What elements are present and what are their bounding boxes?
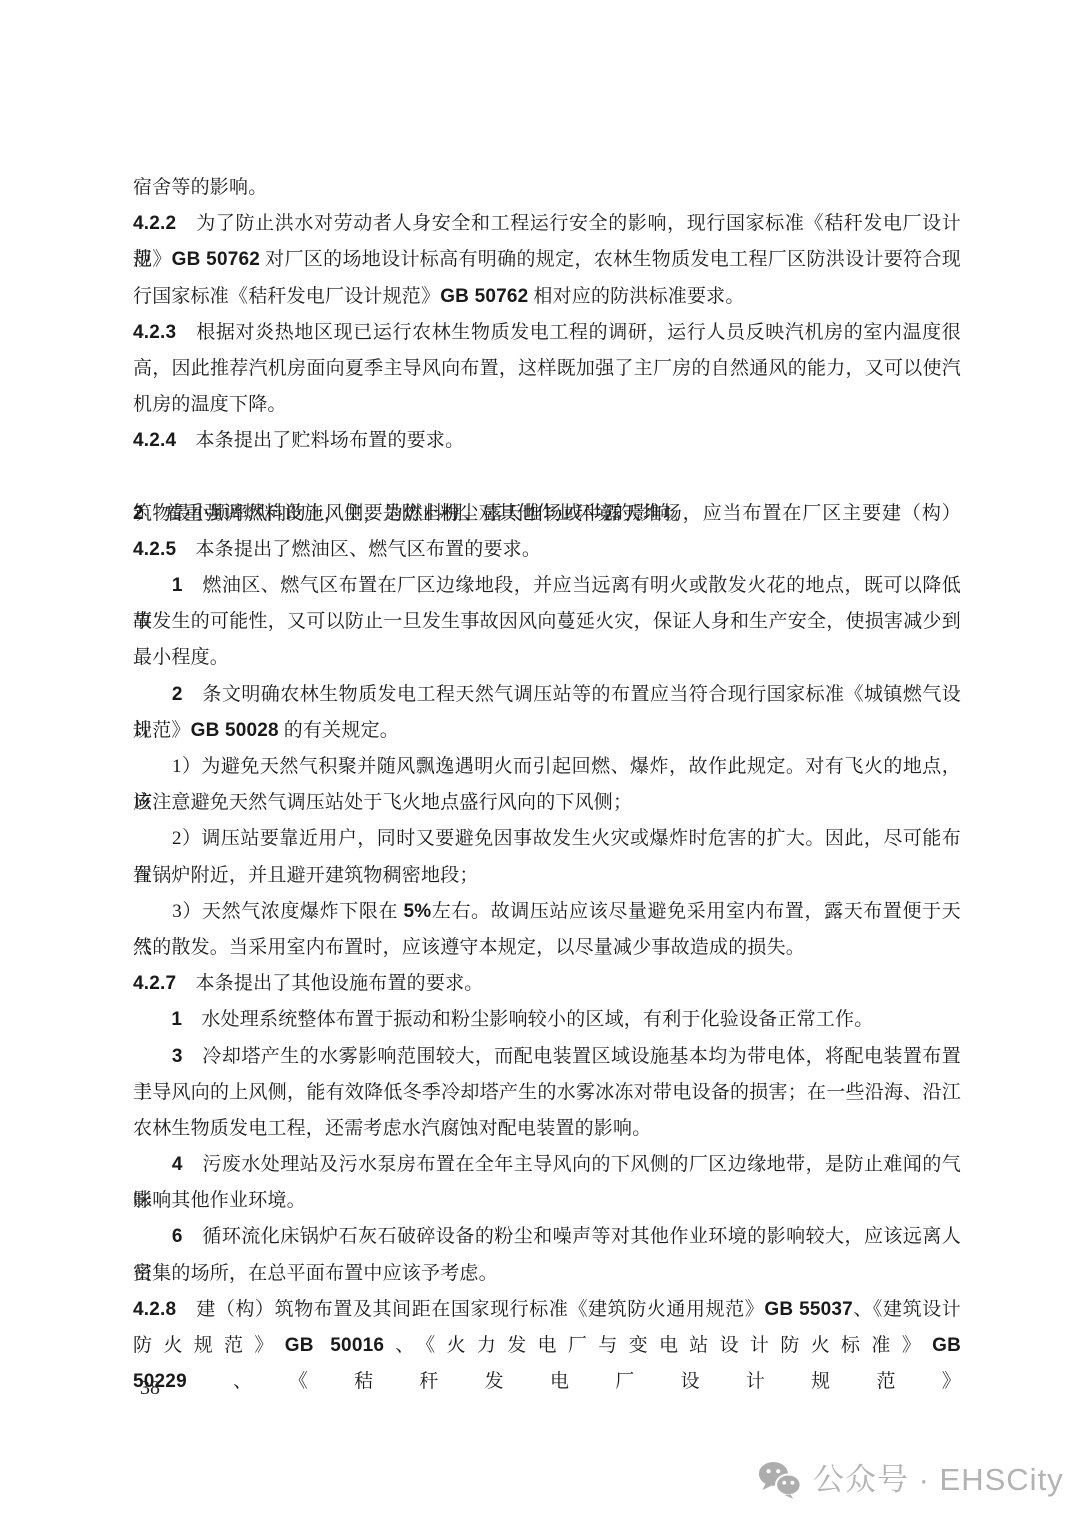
text-line: 1 燃油区、燃气区布置在厂区边缘地段，并应当远离有明火或散发火花的地点，既可以降… bbox=[133, 568, 961, 604]
bold-reference: 4.2.7 bbox=[133, 973, 176, 994]
text-line: 3 冷却塔产生的水雾影响范围较大，而配电装置区域设施基本均为带电体，将配电装置布… bbox=[133, 1039, 961, 1075]
bold-reference: 3 bbox=[172, 1046, 183, 1067]
text-line: 4.2.7 本条提出了其他设施布置的要求。 bbox=[133, 966, 961, 1002]
bold-reference: 5% bbox=[403, 901, 431, 922]
body-text: 相对应的防洪标准要求。 bbox=[528, 286, 744, 307]
body-text: 宿舍等的影响。 bbox=[133, 177, 267, 198]
text-line: 密集的场所，在总平面布置中应该予考虑。 bbox=[133, 1256, 961, 1292]
body-text bbox=[133, 1154, 172, 1175]
bold-reference: GB 50762 bbox=[440, 286, 528, 307]
text-line: 4.2.4 本条提出了贮料场布置的要求。 bbox=[133, 423, 961, 459]
document-page: { "page": { "number": "38", "text_color"… bbox=[0, 0, 1080, 1527]
text-line: 4.2.8 建（构）筑物布置及其间距在国家现行标准《建筑防火通用规范》GB 55… bbox=[133, 1292, 961, 1328]
body-text bbox=[133, 1046, 172, 1067]
bold-reference: GB 50028 bbox=[191, 720, 279, 741]
body-text: 该注意避免天然气调压站处于飞火地点盛行风向的下风侧； bbox=[133, 792, 632, 813]
text-line: 2）调压站要靠近用户，同时又要避免因事故发生火灾或爆炸时危害的扩大。因此，尽可能… bbox=[133, 821, 961, 857]
text-line: 最小程度。 bbox=[133, 640, 961, 676]
bold-reference: 4.2.4 bbox=[133, 430, 176, 451]
body-text: 水处理系统整体布置于振动和粉尘影响较小的区域，有利于化验设备正常工作。 bbox=[182, 1009, 873, 1030]
text-line: 规范》GB 50028 的有关规定。 bbox=[133, 713, 961, 749]
wechat-icon bbox=[758, 1461, 802, 1499]
bold-reference: 6 bbox=[172, 1226, 183, 1247]
text-line: 影响其他作业环境。 bbox=[133, 1183, 961, 1219]
page-number: 38 bbox=[140, 1375, 160, 1401]
body-text: 主导风向的上风侧，能有效降低冬季冷却塔产生的水雾冰冻对带电设备的损害；在一些沿海… bbox=[133, 1082, 961, 1103]
body-text: 范》 bbox=[133, 249, 172, 270]
body-text: 、《火力发电厂与变电站设计防火标准》 bbox=[384, 1335, 932, 1356]
text-line: 行国家标准《秸秆发电厂设计规范》GB 50762 相对应的防洪标准要求。 bbox=[133, 279, 961, 315]
body-text: 影响其他作业环境。 bbox=[133, 1190, 306, 1211]
body-text: 农林生物质发电工程，还需考虑水汽腐蚀对配电装置的影响。 bbox=[133, 1118, 651, 1139]
text-line: 1）为避免天然气积聚并随风飘逸遇明火而引起回燃、爆炸，故作此规定。对有飞火的地点… bbox=[133, 749, 961, 785]
bold-reference: 4.2.3 bbox=[133, 322, 176, 343]
document-text-block: 宿舍等的影响。4.2.2 为了防止洪水对劳动者人身安全和工程运行安全的影响，现行… bbox=[133, 170, 961, 1364]
text-line: 2 着重强调燃料设施，主要为燃料棚、露天堆场或半露天堆场，应当布置在厂区主要建（… bbox=[133, 460, 961, 496]
bold-reference: 4.2.2 bbox=[133, 213, 176, 234]
watermark-label: 公众号 · EHSCity bbox=[813, 1458, 1064, 1502]
text-line: 农林生物质发电工程，还需考虑水汽腐蚀对配电装置的影响。 bbox=[133, 1111, 961, 1147]
text-line: 气的散发。当采用室内布置时，应该遵守本规定，以尽量减少事故造成的损失。 bbox=[133, 930, 961, 966]
bold-reference: GB 50762 bbox=[172, 249, 260, 270]
text-line: 4.2.2 为了防止洪水对劳动者人身安全和工程运行安全的影响，现行国家标准《秸秆… bbox=[133, 206, 961, 242]
body-text: 根据对炎热地区现已运行农林生物质发电工程的调研，运行人员反映汽机房的室内温度很 bbox=[176, 322, 961, 343]
text-line: 故发生的可能性，又可以防止一旦发生事故因风向蔓延火灾，保证人身和生产安全，使损害… bbox=[133, 604, 961, 640]
text-line: 防火规范》GB 50016、《火力发电厂与变电站设计防火标准》GB 50229、… bbox=[133, 1328, 961, 1364]
text-line: 1 水处理系统整体布置于振动和粉尘影响较小的区域，有利于化验设备正常工作。 bbox=[133, 1002, 961, 1038]
text-line: 该注意避免天然气调压站处于飞火地点盛行风向的下风侧； bbox=[133, 785, 961, 821]
body-text: 高，因此推荐汽机房面向夏季主导风向布置，这样既加强了主厂房的自然通风的能力，又可… bbox=[133, 358, 961, 379]
body-text: 本条提出了燃油区、燃气区布置的要求。 bbox=[176, 539, 541, 560]
bold-reference: GB 50016 bbox=[285, 1335, 384, 1356]
text-line: 4.2.5 本条提出了燃油区、燃气区布置的要求。 bbox=[133, 532, 961, 568]
body-text: 在锅炉附近，并且避开建筑物稠密地段； bbox=[133, 865, 479, 886]
body-text: 、《秸秆发电厂设计规范》 bbox=[187, 1371, 961, 1392]
body-text: 故发生的可能性，又可以防止一旦发生事故因风向蔓延火灾，保证人身和生产安全，使损害… bbox=[133, 611, 961, 632]
body-text bbox=[133, 1226, 172, 1247]
text-line: 在锅炉附近，并且避开建筑物稠密地段； bbox=[133, 858, 961, 894]
text-line: 主导风向的上风侧，能有效降低冬季冷却塔产生的水雾冰冻对带电设备的损害；在一些沿海… bbox=[133, 1075, 961, 1111]
text-line: 6 循环流化床锅炉石灰石破碎设备的粉尘和噪声等对其他作业环境的影响较大，应该远离… bbox=[133, 1219, 961, 1255]
body-text: 本条提出了其他设施布置的要求。 bbox=[176, 973, 483, 994]
body-text: 建（构）筑物布置及其间距在国家现行标准《建筑防火通用规范》 bbox=[176, 1299, 764, 1320]
body-text: 对厂区的场地设计标高有明确的规定，农林生物质发电工程厂区防洪设计要符合现 bbox=[260, 249, 961, 270]
bold-reference: 1 bbox=[171, 1009, 182, 1030]
bold-reference: 4 bbox=[172, 1154, 183, 1175]
text-line: 机房的温度下降。 bbox=[133, 387, 961, 423]
bold-reference: 4.2.8 bbox=[133, 1299, 176, 1320]
text-line: 2 条文明确农林生物质发电工程天然气调压站等的布置应当符合现行国家标准《城镇燃气… bbox=[133, 677, 961, 713]
bold-reference: 1 bbox=[172, 575, 183, 596]
body-text: 规范》 bbox=[133, 720, 191, 741]
text-line: 宿舍等的影响。 bbox=[133, 170, 961, 206]
body-text: 3）天然气浓度爆炸下限在 bbox=[133, 901, 403, 922]
body-text: 最小程度。 bbox=[133, 647, 229, 668]
text-line: 高，因此推荐汽机房面向夏季主导风向布置，这样既加强了主厂房的自然通风的能力，又可… bbox=[133, 351, 961, 387]
body-text: 本条提出了贮料场布置的要求。 bbox=[176, 430, 464, 451]
bold-reference: 2 bbox=[172, 684, 183, 705]
text-line: 范》GB 50762 对厂区的场地设计标高有明确的规定，农林生物质发电工程厂区防… bbox=[133, 242, 961, 278]
body-text: 机房的温度下降。 bbox=[133, 394, 287, 415]
page-background: 宿舍等的影响。4.2.2 为了防止洪水对劳动者人身安全和工程运行安全的影响，现行… bbox=[0, 0, 1080, 1527]
body-text bbox=[133, 684, 172, 705]
footer-watermark: 公众号 · EHSCity bbox=[758, 1458, 1064, 1502]
bold-reference: GB 55037 bbox=[764, 1299, 853, 1320]
body-text: 筑物最小频率风向的上风侧，是防止粉尘对其他作业环境的影响。 bbox=[133, 503, 690, 524]
body-text: 行国家标准《秸秆发电厂设计规范》 bbox=[133, 286, 440, 307]
text-line: 3）天然气浓度爆炸下限在 5%左右。故调压站应该尽量避免采用室内布置，露天布置便… bbox=[133, 894, 961, 930]
body-text bbox=[133, 575, 172, 596]
body-text: 防火规范》 bbox=[133, 1335, 285, 1356]
text-line: 4 污废水处理站及污水泵房布置在全年主导风向的下风侧的厂区边缘地带，是防止难闻的… bbox=[133, 1147, 961, 1183]
body-text: 密集的场所，在总平面布置中应该予考虑。 bbox=[133, 1263, 498, 1284]
body-text: 的有关规定。 bbox=[279, 720, 399, 741]
bold-reference: 4.2.5 bbox=[133, 539, 176, 560]
body-text: 、《建筑设计 bbox=[853, 1299, 961, 1320]
body-text bbox=[133, 1009, 171, 1030]
body-text: 气的散发。当采用室内布置时，应该遵守本规定，以尽量减少事故造成的损失。 bbox=[133, 937, 805, 958]
body-text bbox=[133, 467, 171, 488]
text-line: 4.2.3 根据对炎热地区现已运行农林生物质发电工程的调研，运行人员反映汽机房的… bbox=[133, 315, 961, 351]
